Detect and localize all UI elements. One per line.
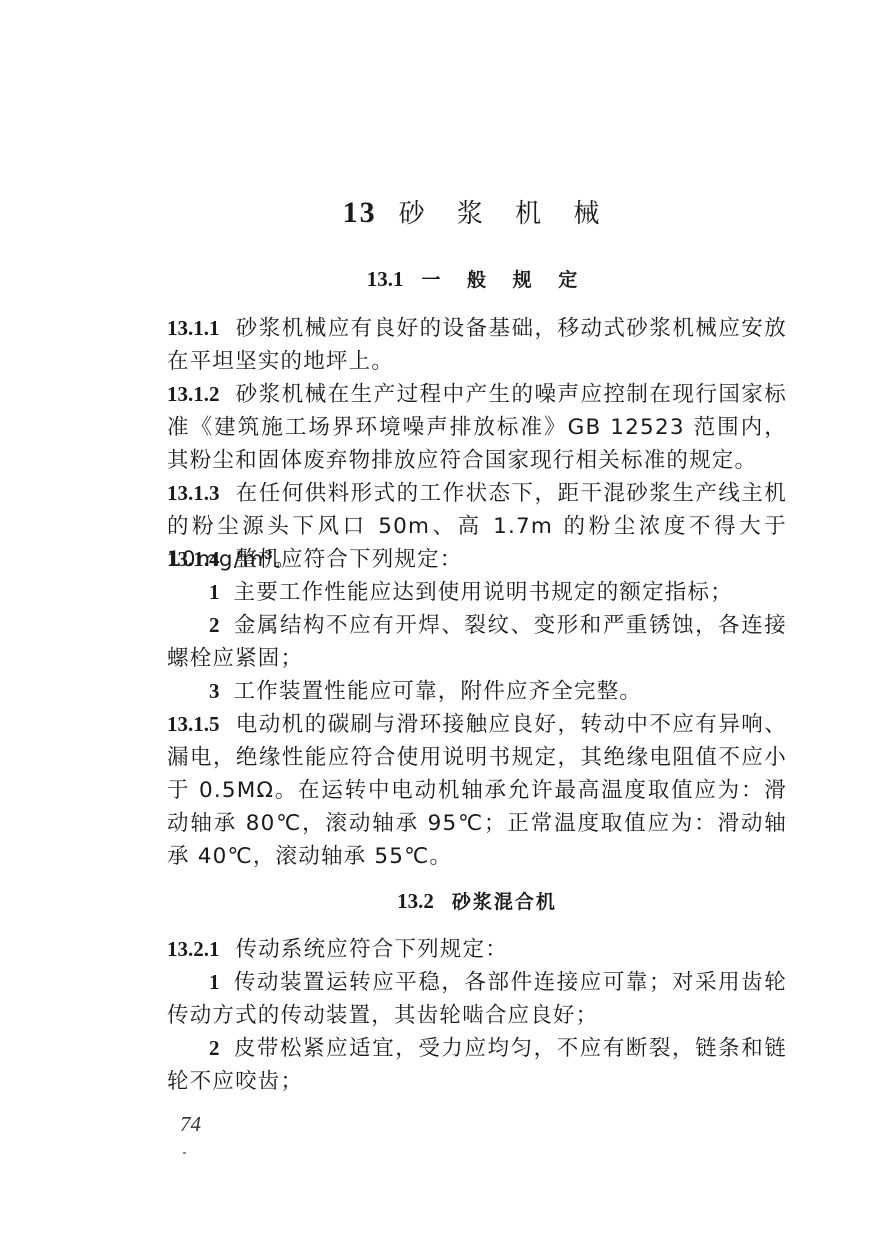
item-number: 2 bbox=[209, 613, 220, 637]
item-text: 传动装置运转应平稳，各部件连接应可靠；对采用齿轮传动方式的传动装置，其齿轮啮合应… bbox=[167, 970, 787, 1028]
section-number: 13.1 bbox=[367, 267, 404, 291]
section-title-text: 砂浆混合机 bbox=[452, 891, 557, 913]
clause-text: 传动系统应符合下列规定： bbox=[236, 937, 508, 962]
clause-13-1-4-item-1: 1主要工作性能应达到使用说明书规定的额定指标； bbox=[167, 576, 787, 609]
section-number: 13.2 bbox=[397, 889, 434, 913]
item-number: 1 bbox=[209, 970, 220, 994]
clause-13-1-4: 13.1.4整机应符合下列规定： bbox=[167, 543, 787, 576]
clause-13-1-4-item-2: 2金属结构不应有开焊、裂纹、变形和严重锈蚀，各连接螺栓应紧固； bbox=[167, 609, 787, 675]
clause-number: 13.1.4 bbox=[167, 547, 220, 571]
chapter-title-text: 砂 浆 机 械 bbox=[399, 199, 612, 229]
page-number: 74 bbox=[180, 1112, 201, 1137]
clause-13-1-5: 13.1.5电动机的碳刷与滑环接触应良好，转动中不应有异响、漏电，绝缘性能应符合… bbox=[167, 708, 787, 873]
clause-13-1-2: 13.1.2砂浆机械在生产过程中产生的噪声应控制在现行国家标准《建筑施工场界环境… bbox=[167, 378, 787, 477]
section-title-text: 一 般 规 定 bbox=[421, 269, 587, 291]
chapter-number: 13 bbox=[343, 196, 377, 229]
clause-13-2-1-item-1: 1传动装置运转应平稳，各部件连接应可靠；对采用齿轮传动方式的传动装置，其齿轮啮合… bbox=[167, 966, 787, 1032]
clause-text: 电动机的碳刷与滑环接触应良好，转动中不应有异响、漏电，绝缘性能应符合使用说明书规… bbox=[167, 712, 787, 869]
item-text: 皮带松紧应适宜，受力应均匀，不应有断裂，链条和链轮不应咬齿； bbox=[167, 1036, 787, 1094]
clause-13-2-1-item-2: 2皮带松紧应适宜，受力应均匀，不应有断裂，链条和链轮不应咬齿； bbox=[167, 1032, 787, 1098]
item-text: 主要工作性能应达到使用说明书规定的额定指标； bbox=[234, 580, 733, 605]
clause-text: 整机应符合下列规定： bbox=[236, 547, 463, 572]
clause-number: 13.2.1 bbox=[167, 937, 220, 961]
clause-text: 砂浆机械应有良好的设备基础，移动式砂浆机械应安放在平坦坚实的地坪上。 bbox=[167, 316, 787, 374]
clause-number: 13.1.5 bbox=[167, 712, 220, 736]
item-number: 3 bbox=[209, 679, 220, 703]
item-number: 1 bbox=[209, 580, 220, 604]
clause-13-2-1: 13.2.1传动系统应符合下列规定： bbox=[167, 933, 787, 966]
chapter-title: 13砂 浆 机 械 bbox=[167, 192, 787, 234]
item-text: 工作装置性能应可靠，附件应齐全完整。 bbox=[234, 679, 643, 704]
clause-13-1-1: 13.1.1砂浆机械应有良好的设备基础，移动式砂浆机械应安放在平坦坚实的地坪上。 bbox=[167, 312, 787, 378]
item-text: 金属结构不应有开焊、裂纹、变形和严重锈蚀，各连接螺栓应紧固； bbox=[167, 613, 787, 671]
scan-speck bbox=[183, 1152, 186, 1154]
item-number: 2 bbox=[209, 1036, 220, 1060]
clause-number: 13.1.1 bbox=[167, 316, 220, 340]
clause-13-1-4-item-3: 3工作装置性能应可靠，附件应齐全完整。 bbox=[167, 675, 787, 708]
clause-number: 13.1.2 bbox=[167, 382, 220, 406]
section-heading-13-2: 13.2砂浆混合机 bbox=[167, 886, 787, 917]
clause-number: 13.1.3 bbox=[167, 481, 220, 505]
section-heading-13-1: 13.1一 般 规 定 bbox=[167, 264, 787, 295]
clause-text: 砂浆机械在生产过程中产生的噪声应控制在现行国家标准《建筑施工场界环境噪声排放标准… bbox=[167, 382, 787, 473]
